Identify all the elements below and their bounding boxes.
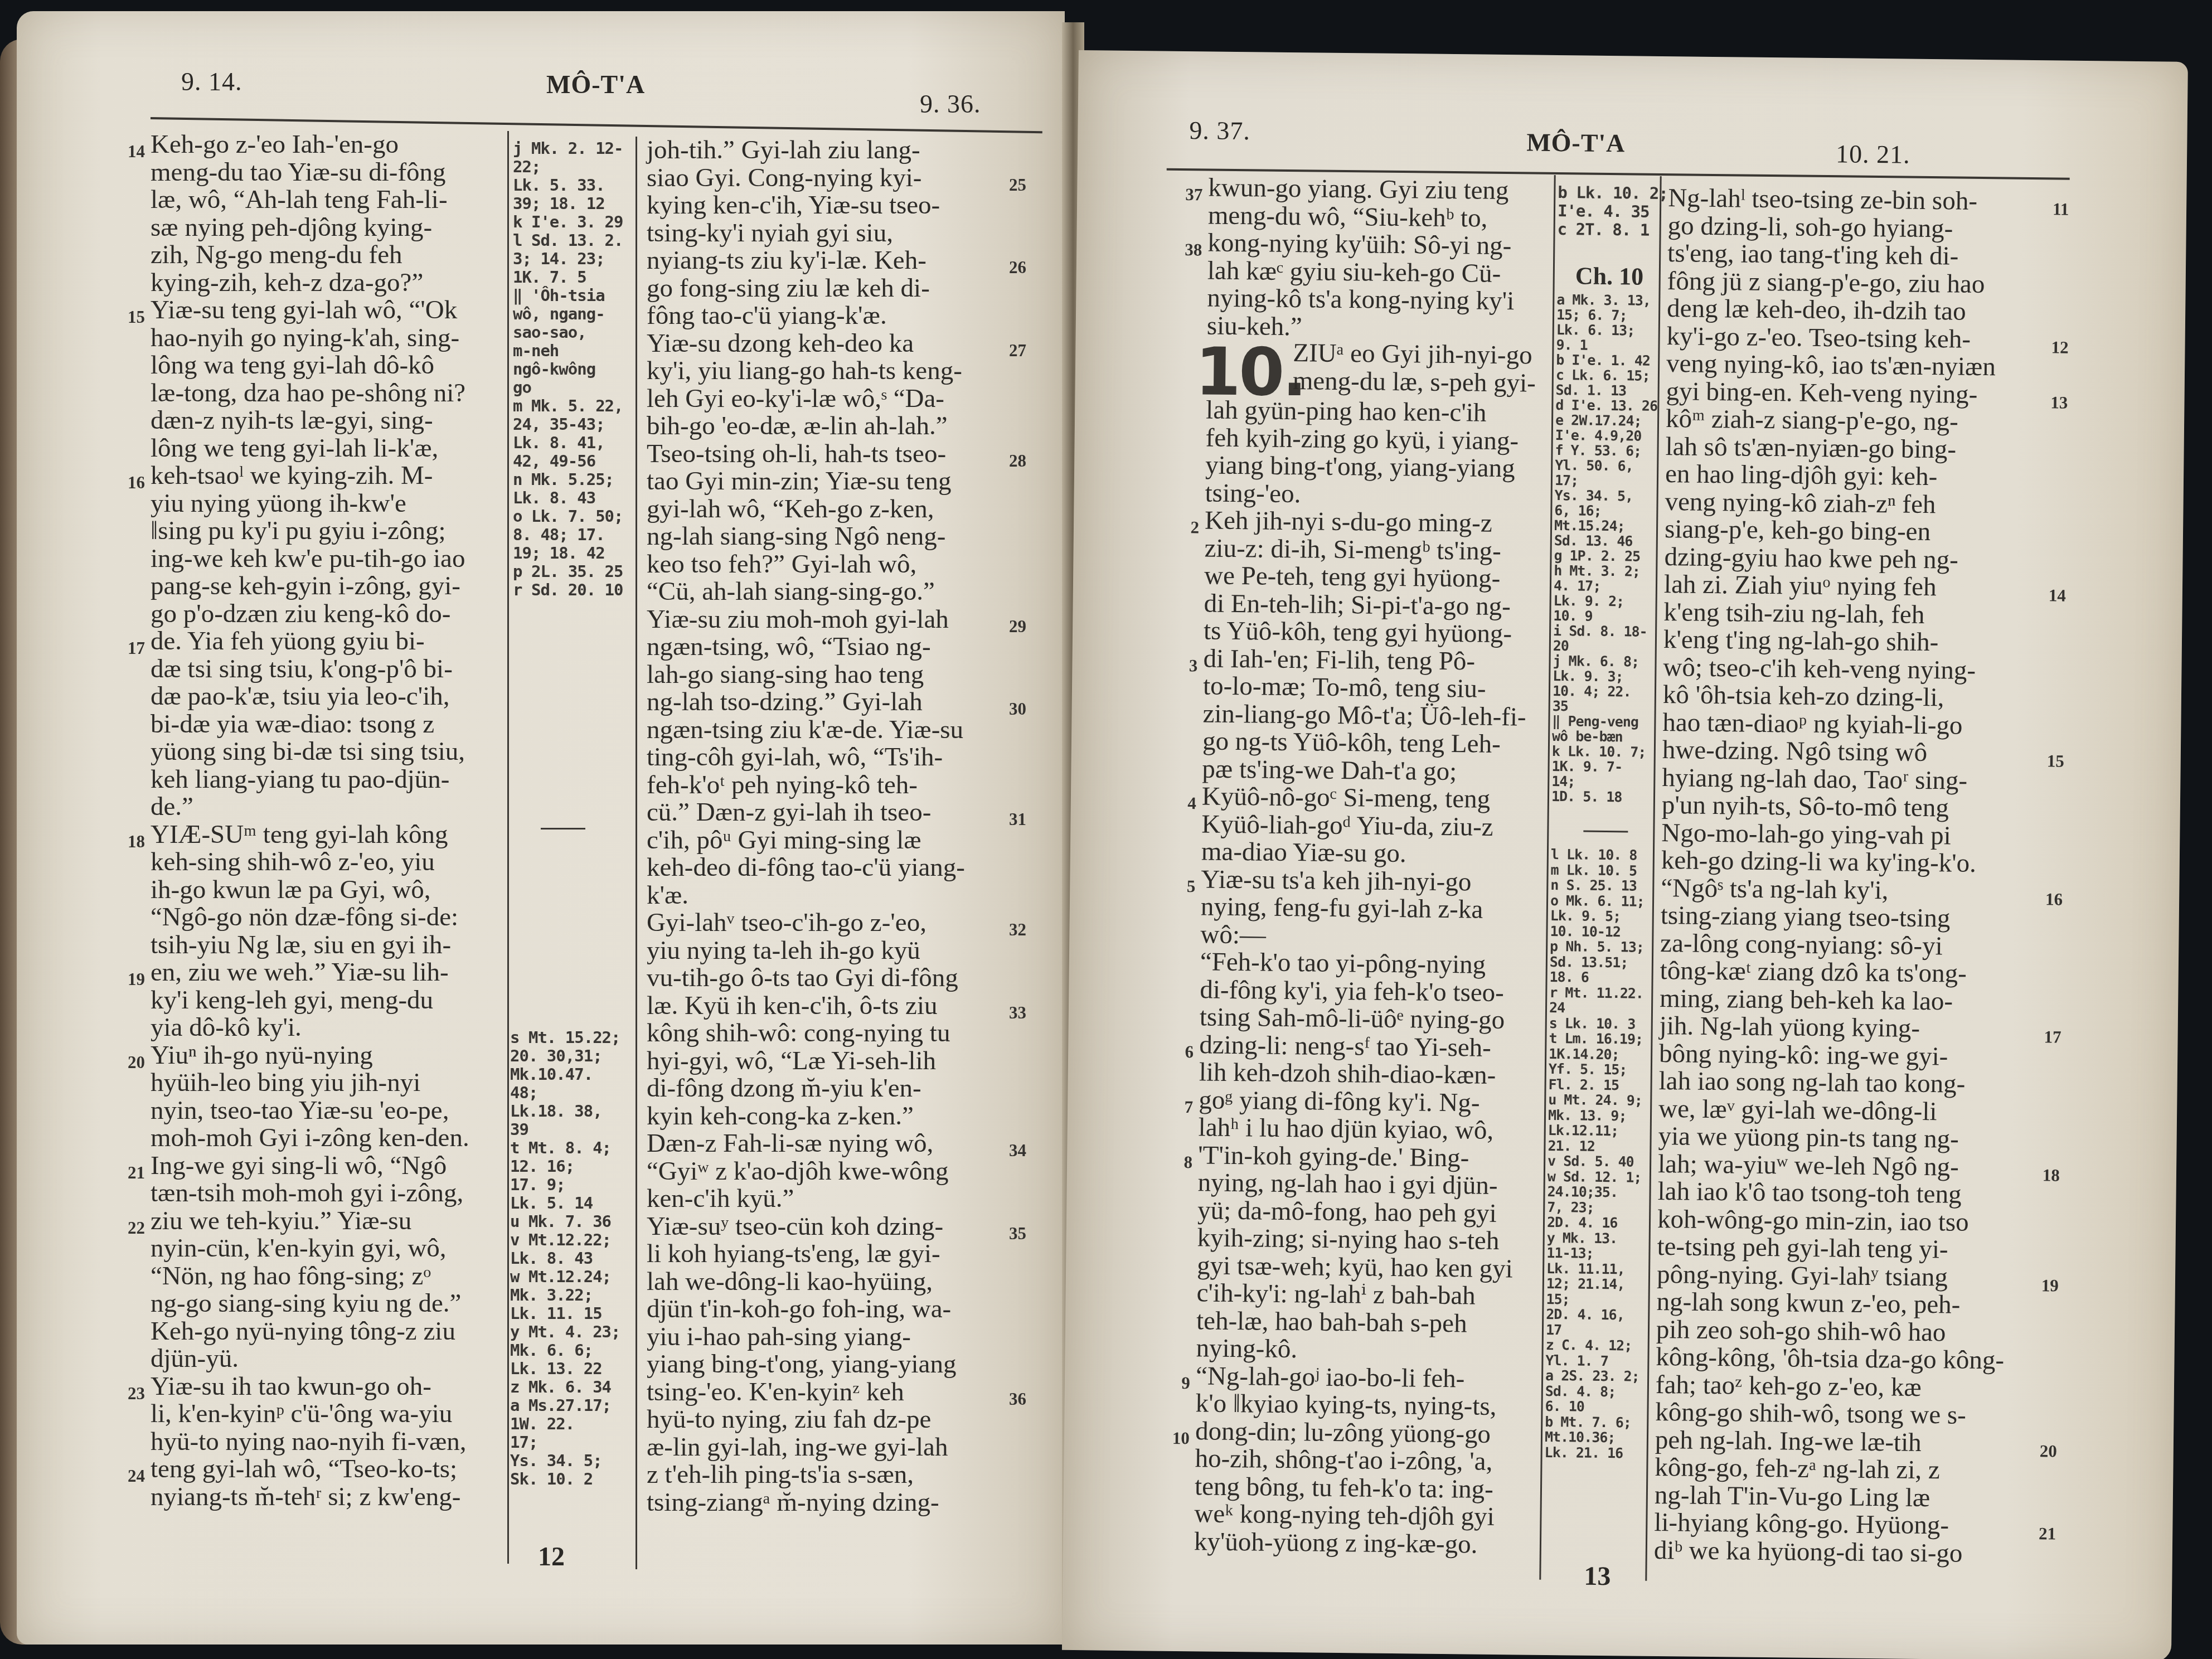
cross-reference: sao-sao, [513, 323, 633, 342]
text-line: k'æ. [647, 882, 1003, 910]
text-line: to-lo-mæ; To-mô, teng siu- [1203, 672, 1543, 704]
cross-reference: w Mt.12.24; [510, 1268, 630, 1286]
cross-reference: 22; [513, 158, 633, 176]
cross-reference: Lk. 21. 16 [1545, 1444, 1645, 1461]
text-line: yiang bing-t'ong, yiang-yiang [1205, 452, 1545, 483]
text-line: li, k'en-kyinᵖ c'ü-'ông wa-yiu [151, 1400, 499, 1428]
cross-reference: ‖ Peng-veng [1552, 714, 1652, 730]
cross-reference: Lk. 8. 41, [513, 434, 633, 452]
text-line: “Feh-k'o tao yi-pông-nying [1200, 948, 1540, 979]
text-line: tsing-'eo. K'en-kyinᶻ keh [647, 1379, 1003, 1406]
text-line: Dæn-z Fah-li-sæ nying wô, [647, 1130, 1003, 1158]
cross-reference: i Sd. 8. 18- [1553, 623, 1653, 639]
text-line: lahʰ i lu hao djün kyiao, wô, [1199, 1114, 1539, 1145]
text-line: ziu we teh-kyiu.” Yiæ-su [151, 1207, 499, 1235]
cross-reference: z Mk. 6. 34 [510, 1378, 630, 1396]
text-line: c'ih-ky'i: ng-lahⁱ z bah-bah [1196, 1279, 1536, 1311]
cross-reference: 3; 14. 23; [513, 250, 633, 268]
text-line: c'ih, pôᵘ Gyi ming-sing læ [647, 827, 1003, 855]
text-line: “Gyiʷ z k'ao-djôh kwe-wông [647, 1158, 1003, 1186]
text-line: tsing-ziangᵃ m̆-nying dzing- [647, 1489, 1003, 1517]
text-line: ngæn-tsing ziu k'æ-de. Yiæ-su [647, 716, 1003, 744]
cross-reference: k Lk. 10. 7; [1552, 744, 1652, 760]
text-line: yiang bing-t'ong, yiang-yiang [647, 1351, 1003, 1379]
text-line: go fong-sing ziu læ keh di- [647, 275, 1003, 303]
cross-reference: u Mk. 7. 36 [510, 1212, 630, 1231]
cross-reference: r Sd. 20. 10 [513, 581, 633, 599]
cross-reference: I'e. 4.9,20 [1555, 428, 1656, 444]
cross-reference-column-top: j Mk. 2. 12- 22; Lk. 5. 33. 39; 18. 12k … [513, 139, 633, 599]
cross-reference: 15; 6. 7; [1556, 307, 1657, 323]
text-line: lah-go siang-sing hao teng [647, 661, 1003, 689]
cross-reference: 17. 9; [510, 1176, 630, 1194]
text-line: “Cü, ah-lah siang-sing-go.” [647, 578, 1003, 606]
cross-reference: Lk. 13. 22 [510, 1360, 630, 1378]
text-line: dæn-z nyih-ts læ-gyi, sing- [151, 407, 499, 435]
cross-reference: Lk. 9. 5; [1550, 908, 1651, 924]
cross-reference-column-top: b Lk. 10. 2; I'e. 4. 35c 2T. 8. 1 [1558, 183, 1658, 240]
text-line: Keh-go z-'eo Iah-'en-go [151, 131, 499, 159]
text-line: de. Yia feh yüong gyiu bi- [151, 628, 499, 656]
cross-reference: Sk. 10. 2 [510, 1470, 630, 1488]
text-line: feh-k'oᵗ peh nying-kô teh- [647, 772, 1003, 799]
verse-number: 19 [117, 966, 145, 993]
text-line: leh Gyi eo-ky'i-læ wô,ˢ “Da- [647, 385, 1003, 413]
cross-reference: t Mt. 8. 4; [510, 1139, 630, 1157]
text-column-1-chapter-9-end: kwun-go yiang. Gyi ziu tengmeng-du wô, “… [1207, 174, 1549, 343]
verse-number: 32 [1009, 916, 1042, 944]
cross-reference: Lk. 11.11, [1546, 1260, 1647, 1277]
text-line: ky'i keng-leh gyi, meng-du [151, 987, 499, 1015]
text-line: pang-se keh-gyin i-zông, gyi- [151, 573, 499, 600]
running-head-title: MÔ-T'A [1526, 127, 1626, 158]
text-line: ken-c'ih kyü.” [647, 1185, 1003, 1213]
cross-reference: 15; [1546, 1291, 1646, 1307]
cross-reference-column-bottom: l Lk. 10. 8m Lk. 10. 5n S. 25. 13o Mk. 6… [1545, 847, 1652, 1461]
verse-number: 30 [1009, 695, 1042, 723]
verse-number: 27 [1009, 337, 1042, 365]
text-line: weᵏ kong-nying teh-djôh gyi [1194, 1500, 1534, 1531]
left-page: 9. 14. MÔ-T'A 9. 36. Keh-go z-'eo Iah-'e… [17, 11, 1065, 1645]
cross-reference: wô, ngang- [513, 305, 633, 323]
cross-reference: 10. 10-12 [1550, 923, 1650, 939]
text-line: lông wa teng gyi-lah dô-kô [151, 352, 499, 380]
text-line: di-fông dzong m̆-yiu k'en- [647, 1075, 1003, 1103]
running-head-right: 9. 36. [920, 89, 981, 119]
cross-reference: Lk. 9. 2; [1554, 593, 1654, 609]
cross-reference: n S. 25. 13 [1550, 877, 1651, 894]
text-line: ngæn-tsing, wô, “Tsiao ng- [647, 633, 1003, 661]
text-line: tao Gyi min-zin; Yiæ-su teng [647, 468, 1003, 496]
cross-reference-column-bottom: s Mt. 15.22; 20. 30,31; Mk.10.47. 48; Lk… [510, 1029, 630, 1488]
text-column-2: Ng-lahˡ tseo-tsing ze-bin soh-go dzing-l… [1654, 185, 2048, 1568]
cross-reference: 6. 10 [1545, 1399, 1645, 1415]
cross-reference: t Lm. 16.19; [1549, 1031, 1649, 1047]
verse-number: 13 [2050, 389, 2084, 416]
verse-number: 18 [2043, 1161, 2077, 1189]
text-line: kông shih-wô: cong-nying tu [647, 1020, 1003, 1047]
text-line: yiu nying yüong ih-kw'e [151, 490, 499, 518]
text-line: moh-moh Gyi i-zông ken-den. [151, 1124, 499, 1152]
verse-number: 23 [117, 1380, 145, 1408]
cross-reference: 19; 18. 42 [513, 544, 633, 562]
cross-reference: 1K. 9. 7- [1551, 759, 1652, 775]
cross-reference: 17; [510, 1433, 630, 1452]
text-line: we Pe-teh, teng gyi hyüong- [1204, 562, 1544, 593]
cross-reference: 10. 4; 22. [1553, 683, 1653, 700]
text-line: Kyüô-nô-goᶜ Si-meng, teng [1202, 783, 1542, 814]
verse-number: 38 [1174, 236, 1202, 264]
text-column-1: lah gyün-ping hao ken-c'ihfeh kyih-zing … [1194, 396, 1546, 1559]
text-line: kyih-zing; si-nying hao s-teh [1197, 1224, 1537, 1255]
xref-chapter-label: Ch. 10 [1575, 261, 1644, 290]
cross-reference: 14; [1551, 774, 1652, 790]
text-line: meng-du læ, s-peh gyi- [1293, 367, 1546, 397]
running-head-title: MÔ-T'A [546, 70, 645, 99]
verse-number: 17 [117, 634, 145, 662]
cross-reference: l Sd. 13. 2. [513, 231, 633, 250]
verse-number: 16 [2045, 885, 2079, 913]
text-line: vu-tih-go ô-ts tao Gyi di-fông [647, 964, 1003, 992]
verse-number: 20 [117, 1049, 145, 1076]
cross-reference: 8. 48; 17. [513, 526, 633, 544]
verse-number: 3 [1170, 651, 1198, 679]
cross-reference: o Lk. 7. 50; [513, 507, 633, 526]
cross-reference: j Mk. 6. 8; [1553, 653, 1653, 670]
text-line: Keh-go nyü-nying tông-z ziu [151, 1318, 499, 1346]
text-line: siao Gyi. Cong-nying kyi- [647, 164, 1003, 192]
verse-number: 4 [1168, 789, 1197, 817]
text-line: hyü-to nying nao-nyih fi-væn, [151, 1428, 499, 1456]
cross-reference: v Mt.12.22; [510, 1231, 630, 1249]
verse-number: 35 [1009, 1220, 1042, 1248]
cross-reference: f Y. 53. 6; [1555, 443, 1655, 459]
text-line: joh-tih.” Gyi-lah ziu lang- [647, 137, 1003, 164]
text-line: teng gyi-lah wô, “Tseo-ko-ts; [151, 1456, 499, 1483]
cross-reference: Lk.12.11; [1548, 1123, 1648, 1139]
verse-number: 12 [2051, 333, 2085, 361]
text-line: bi-dæ yia wæ-diao: tsong z [151, 711, 499, 739]
cross-reference: 42, 49-56 [513, 452, 633, 470]
cross-reference: p 2L. 35. 25 [513, 562, 633, 581]
cross-reference: d I'e. 13. 26 [1555, 397, 1656, 414]
page-number: 12 [538, 1541, 565, 1572]
text-line: læ, wô, “Ah-lah teng Fah-li- [151, 186, 499, 214]
verse-number: 21 [117, 1159, 145, 1187]
running-head-left: 9. 37. [1189, 115, 1250, 145]
cross-reference: 20 [1553, 638, 1653, 654]
text-line: z t'eh-lih ping-ts'ia s-sæn, [647, 1461, 1003, 1489]
xref-separator [541, 828, 585, 829]
cross-reference: Sd. 1. 13 [1556, 382, 1656, 399]
text-line: lah we-dông-li kao-hyüing, [647, 1268, 1003, 1296]
cross-reference: Lk. 8. 43 [513, 489, 633, 507]
text-line: ma-diao Yiæ-su go. [1201, 838, 1541, 869]
text-line: nying-kô ts'a kong-nying ky'i [1207, 284, 1547, 316]
cross-reference: 10. 9 [1553, 608, 1653, 624]
verse-number: 17 [2044, 1023, 2078, 1051]
cross-reference: 39 [510, 1120, 630, 1139]
verse-number: 28 [1009, 447, 1042, 475]
text-line: Yiæ-su dzong keh-deo ka [647, 330, 1003, 358]
text-line: keo tso feh?” Gyi-lah wô, [647, 551, 1003, 579]
cross-reference: b Lk. 10. 2; [1558, 183, 1658, 203]
text-line: keh-sing shih-wô z-'eo, yiu [151, 848, 499, 876]
cross-reference: Fl. 2. 15 [1548, 1076, 1648, 1093]
cross-reference: 1W. 22. [510, 1415, 630, 1433]
text-line: tæn-tsih moh-moh gyi i-zông, [151, 1180, 499, 1207]
verse-number: 6 [1166, 1037, 1194, 1065]
cross-reference: 17 [1546, 1322, 1646, 1338]
verse-number: 5 [1167, 872, 1196, 900]
text-line: lông we teng gyi-lah li-k'æ, [151, 435, 499, 463]
text-line: yiu nying ta-leh ih-go kyü [647, 937, 1003, 965]
cross-reference: y Mt. 4. 23; [510, 1323, 630, 1341]
cross-reference: ngô-kwông [513, 360, 633, 379]
text-line: fông tao-c'ü yiang-k'æ. [647, 302, 1003, 330]
text-line: Tseo-tsing oh-li, hah-ts tseo- [647, 440, 1003, 468]
text-line: “Nön, ng hao fông-sing; zᵒ [151, 1263, 499, 1291]
text-line: keh-deo di-fông tao-c'ü yiang- [647, 854, 1003, 882]
cross-reference: b I'e. 1. 42 [1556, 352, 1656, 368]
text-line: nying, feng-fu gyi-lah z-ka [1201, 893, 1541, 924]
cross-reference: Mk. 3.22; [510, 1286, 630, 1304]
text-line: yia dô-kô ky'i. [151, 1014, 499, 1042]
cross-reference: e 2W.17.24; [1555, 413, 1656, 429]
text-line: nyiang-ts ziu ky'i-læ. Keh- [647, 247, 1003, 275]
text-line: hyüih-leo bing yiu jih-nyi [151, 1069, 499, 1097]
text-line: Yiæ-su teng gyi-lah wô, “'Ok [151, 297, 499, 324]
text-line: tsih-yiu Ng læ, siu en gyi ih- [151, 932, 499, 959]
cross-reference: Lk. 8. 43 [510, 1249, 630, 1268]
text-line: djün t'in-koh-go foh-ing, wa- [647, 1296, 1003, 1323]
text-line: lah gyün-ping hao ken-c'ih [1206, 396, 1546, 428]
verse-number: 10 [1162, 1424, 1190, 1452]
cross-reference: 6, 16; [1554, 503, 1655, 519]
text-line: kying ken-c'ih, Yiæ-su tseo- [647, 192, 1003, 220]
cross-reference: a Ms.27.17; [510, 1396, 630, 1415]
verse-number: 14 [2049, 581, 2083, 609]
cross-reference: l Lk. 10. 8 [1551, 847, 1651, 863]
verse-number: 18 [117, 828, 145, 856]
cross-reference: go [513, 379, 633, 397]
page-number: 13 [1584, 1561, 1611, 1592]
text-line: “Ngô-go nön dzæ-fông si-de: [151, 904, 499, 932]
verse-number: 36 [1009, 1385, 1042, 1413]
text-line: ZIUᵃ eo Gyi jih-nyi-go [1293, 339, 1546, 370]
cross-reference: 11-13; [1546, 1245, 1647, 1262]
verse-number: 34 [1009, 1137, 1042, 1165]
text-line: Yiuⁿ ih-go nyü-nying [151, 1042, 499, 1070]
cross-reference: Lk. 11. 15 [510, 1304, 630, 1323]
text-line: meng-du tao Yiæ-su di-fông [151, 159, 499, 187]
text-line: Yiæ-suʸ tseo-cün koh dzing- [647, 1213, 1003, 1241]
verse-number: 11 [2053, 195, 2087, 223]
cross-reference: o Mk. 6. 11; [1550, 892, 1651, 909]
text-line: ‖sing pu ky'i pu gyiu i-zông; [151, 517, 499, 545]
text-line: k'o ‖kyiao kying-ts, nying-ts, [1195, 1390, 1535, 1421]
cross-reference: ‖ 'Ôh-tsia [513, 287, 633, 305]
cross-reference: 12; 21.14, [1546, 1276, 1647, 1292]
cross-reference: 9. 1 [1556, 337, 1656, 353]
cross-reference: y Mk. 13. [1547, 1230, 1647, 1246]
text-line: ting-côh gyi-lah, wô, “Ts'ih- [647, 744, 1003, 772]
cross-reference: Lk.18. 38, [510, 1102, 630, 1120]
text-line: yüong sing bi-dæ tsi sing tsiu, [151, 738, 499, 766]
cross-reference: 7, 23; [1547, 1199, 1647, 1215]
text-line: lih keh-dzoh shih-diao-kæn- [1199, 1059, 1539, 1090]
cross-reference: 12. 16; [510, 1157, 630, 1176]
cross-reference: w Sd. 12. 1; [1548, 1168, 1648, 1185]
text-line: nying-kô. [1196, 1335, 1536, 1366]
verse-number: 25 [1009, 171, 1042, 199]
cross-reference: m Mk. 5. 22, [513, 397, 633, 415]
verse-number: 26 [1009, 254, 1042, 282]
cross-reference: 39; 18. 12 [513, 195, 633, 213]
cross-reference: 21. 12 [1548, 1138, 1648, 1154]
cross-reference: u Mt. 24. 9; [1548, 1092, 1648, 1108]
cross-reference: h Mt. 3. 2; [1554, 563, 1654, 579]
running-head-left: 9. 14. [181, 67, 242, 96]
text-line: ng-lah siang-sing Ngô neng- [647, 523, 1003, 551]
cross-reference: Lk. 5. 33. [513, 176, 633, 195]
text-line: keh-tsaoˡ we kying-zih. M- [151, 462, 499, 490]
verse-number: 8 [1165, 1148, 1193, 1176]
cross-reference: s Mt. 15.22; [510, 1029, 630, 1047]
text-line: djün-yü. [151, 1345, 499, 1373]
cross-reference: 2D. 4. 16 [1547, 1215, 1647, 1231]
text-line: Gyi-lahᵛ tseo-c'ih-go z-'eo, [647, 909, 1003, 937]
cross-reference: Mt.10.36; [1545, 1429, 1645, 1445]
text-line: læ. Kyü ih ken-c'ih, ô-ts ziu [647, 992, 1003, 1020]
cross-reference: Sd. 4. 8; [1545, 1383, 1646, 1399]
verse-number: 2 [1171, 513, 1200, 541]
cross-reference: 18. 6 [1549, 969, 1650, 986]
cross-reference: m Lk. 10. 5 [1551, 862, 1651, 878]
cross-reference: k I'e. 3. 29 [513, 213, 633, 231]
text-line: ng-go siang-sing kyiu ng de.” [151, 1290, 499, 1318]
cross-reference: p Nh. 5. 13; [1550, 939, 1650, 955]
cross-reference: b Mt. 7. 6; [1545, 1414, 1645, 1430]
cross-reference: m-neh [513, 342, 633, 360]
cross-reference: 35 [1553, 698, 1653, 715]
cross-reference: 1K.14.20; [1549, 1046, 1649, 1062]
text-line: bih-go 'eo-dæ, æ-lin ah-lah.” [647, 413, 1003, 440]
verse-number: 31 [1009, 806, 1042, 833]
text-line: ky'i, yiu liang-go hah-ts keng- [647, 357, 1003, 385]
verse-number: 37 [1175, 181, 1203, 208]
cross-reference: Lk. 6. 13; [1556, 322, 1657, 338]
cross-reference: 1D. 5. 18 [1551, 789, 1652, 805]
column-divider-left [507, 131, 509, 1564]
text-line: sæ nying peh-djông kying- [151, 214, 499, 242]
cross-reference: I'e. 4. 35 [1558, 202, 1658, 221]
text-line: læ-tong, dza hao pe-shông ni? [151, 380, 499, 408]
text-line: diᵇ we ka hyüong-di tao si-go [1654, 1536, 2033, 1568]
text-line: ts Yüô-kôh, teng gyi hyüong- [1204, 617, 1544, 648]
text-line: kong-nying ky'üih: Sô-yi ng- [1207, 229, 1548, 260]
text-line: æ-lin gyi-lah, ing-we gyi-lah [647, 1434, 1003, 1462]
text-line: ing-we keh kw'e pu-tih-go iao [151, 545, 499, 573]
text-line: Ing-we gyi sing-li wô, “Ngô [151, 1152, 499, 1180]
cross-reference: 17; [1555, 473, 1655, 489]
cross-reference: n Mk. 5.25; [513, 470, 633, 489]
text-line: ky'üoh-yüong z ing-kæ-go. [1194, 1528, 1534, 1559]
cross-reference: Yl. 1. 7 [1545, 1352, 1646, 1369]
cross-reference: Sd. 13.51; [1550, 954, 1650, 970]
text-line: tsing Sah-mô-li-üôᵉ nying-go [1200, 1003, 1540, 1035]
cross-reference-column-ch10: a Mk. 3. 13, 15; 6. 7; Lk. 6. 13; 9. 1b … [1551, 292, 1657, 805]
cross-reference: 48; [510, 1084, 630, 1102]
cross-reference: 24, 35-43; [513, 415, 633, 434]
verse-number: 14 [117, 138, 145, 166]
text-line: YIÆ-SUᵐ teng gyi-lah kông [151, 821, 499, 849]
verse-number: 7 [1165, 1093, 1194, 1120]
text-line: dæ tsi sing tsiu, k'ong-p'ô bi- [151, 656, 499, 683]
text-line: en, ziu we weh.” Yiæ-su lih- [151, 959, 499, 987]
text-line: ih-go kwun læ pa Gyi, wô, [151, 876, 499, 904]
text-line: ho-zih, shông-t'ao i-zông, 'a, [1195, 1445, 1535, 1476]
cross-reference: 24.10;35. [1547, 1184, 1647, 1200]
verse-number: 24 [117, 1462, 145, 1490]
xref-separator [1583, 831, 1628, 833]
cross-reference: a Mk. 3. 13, [1556, 292, 1657, 308]
text-line: kwun-go yiang. Gyi ziu teng [1208, 174, 1548, 205]
verse-number: 15 [117, 303, 145, 331]
cross-reference: Mk. 6. 6; [510, 1341, 630, 1360]
text-line: hao-nyih go nying-k'ah, sing- [151, 324, 499, 352]
verse-number: 33 [1009, 999, 1042, 1027]
text-line: dæ pao-k'æ, tsiu yia leo-c'ih, [151, 683, 499, 711]
text-line: li koh hyiang-ts'eng, læ gyi- [647, 1240, 1003, 1268]
text-line: hyi-gyi, wô, “Læ Yi-seh-lih [647, 1047, 1003, 1075]
text-line: kying-zih, keh-z dza-go?” [151, 269, 499, 297]
verse-number: 19 [2041, 1272, 2075, 1299]
cross-reference: c 2T. 8. 1 [1558, 220, 1658, 240]
text-line: kyin keh-cong-ka z-ken.” [647, 1103, 1003, 1131]
verse-number: 22 [117, 1214, 145, 1242]
cross-reference: Mk.10.47. [510, 1065, 630, 1084]
verse-number: 21 [2039, 1520, 2073, 1548]
text-line: cü.” Dæn-z gyi-lah ih tseo- [647, 799, 1003, 827]
cross-reference: s Lk. 10. 3 [1549, 1015, 1650, 1031]
cross-reference: wô be-bæn [1552, 729, 1652, 745]
text-line: tsing-ky'i nyiah gyi siu, [647, 220, 1003, 248]
cross-reference: j Mk. 2. 12- [513, 139, 633, 158]
text-line: hyü-to nying, ziu fah dz-pe [647, 1406, 1003, 1434]
text-line: Keh jih-nyi s-du-go ming-z [1205, 507, 1545, 538]
text-line: nyin, tseo-tao Yiæ-su 'eo-pe, [151, 1097, 499, 1125]
cross-reference: z C. 4. 12; [1546, 1337, 1646, 1354]
cross-reference: Mt.15.24; [1554, 518, 1655, 534]
chapter-opening-lines: ZIUᵃ eo Gyi jih-nyi-gomeng-du læ, s-peh … [1293, 339, 1547, 397]
verse-number: 20 [2040, 1437, 2074, 1465]
cross-reference: r Mt. 11.22. [1549, 984, 1650, 1001]
verse-number: 16 [117, 469, 145, 497]
text-line: go p'o-dzæn ziu keng-kô do- [151, 600, 499, 628]
text-column-2: joh-tih.” Gyi-lah ziu lang-siao Gyi. Con… [647, 137, 1003, 1516]
column-divider-right [636, 137, 637, 1569]
text-line: Yiæ-su ziu moh-moh gyi-lah [647, 606, 1003, 634]
cross-reference: Mk. 13. 9; [1548, 1107, 1648, 1123]
cross-reference: Yf. 5. 15; [1549, 1061, 1649, 1078]
text-line: go ng-ts Yüô-kôh, teng Leh- [1202, 727, 1542, 759]
text-line: nying, ng-lah hao i gyi djün- [1197, 1169, 1537, 1200]
text-line: nyin-cün, k'en-kyin gyi, wô, [151, 1235, 499, 1263]
running-head-right: 10. 21. [1836, 139, 1910, 169]
text-line: ng-lah tso-dzing.” Gyi-lah [647, 688, 1003, 716]
cross-reference: g 1P. 2. 25 [1554, 548, 1654, 564]
